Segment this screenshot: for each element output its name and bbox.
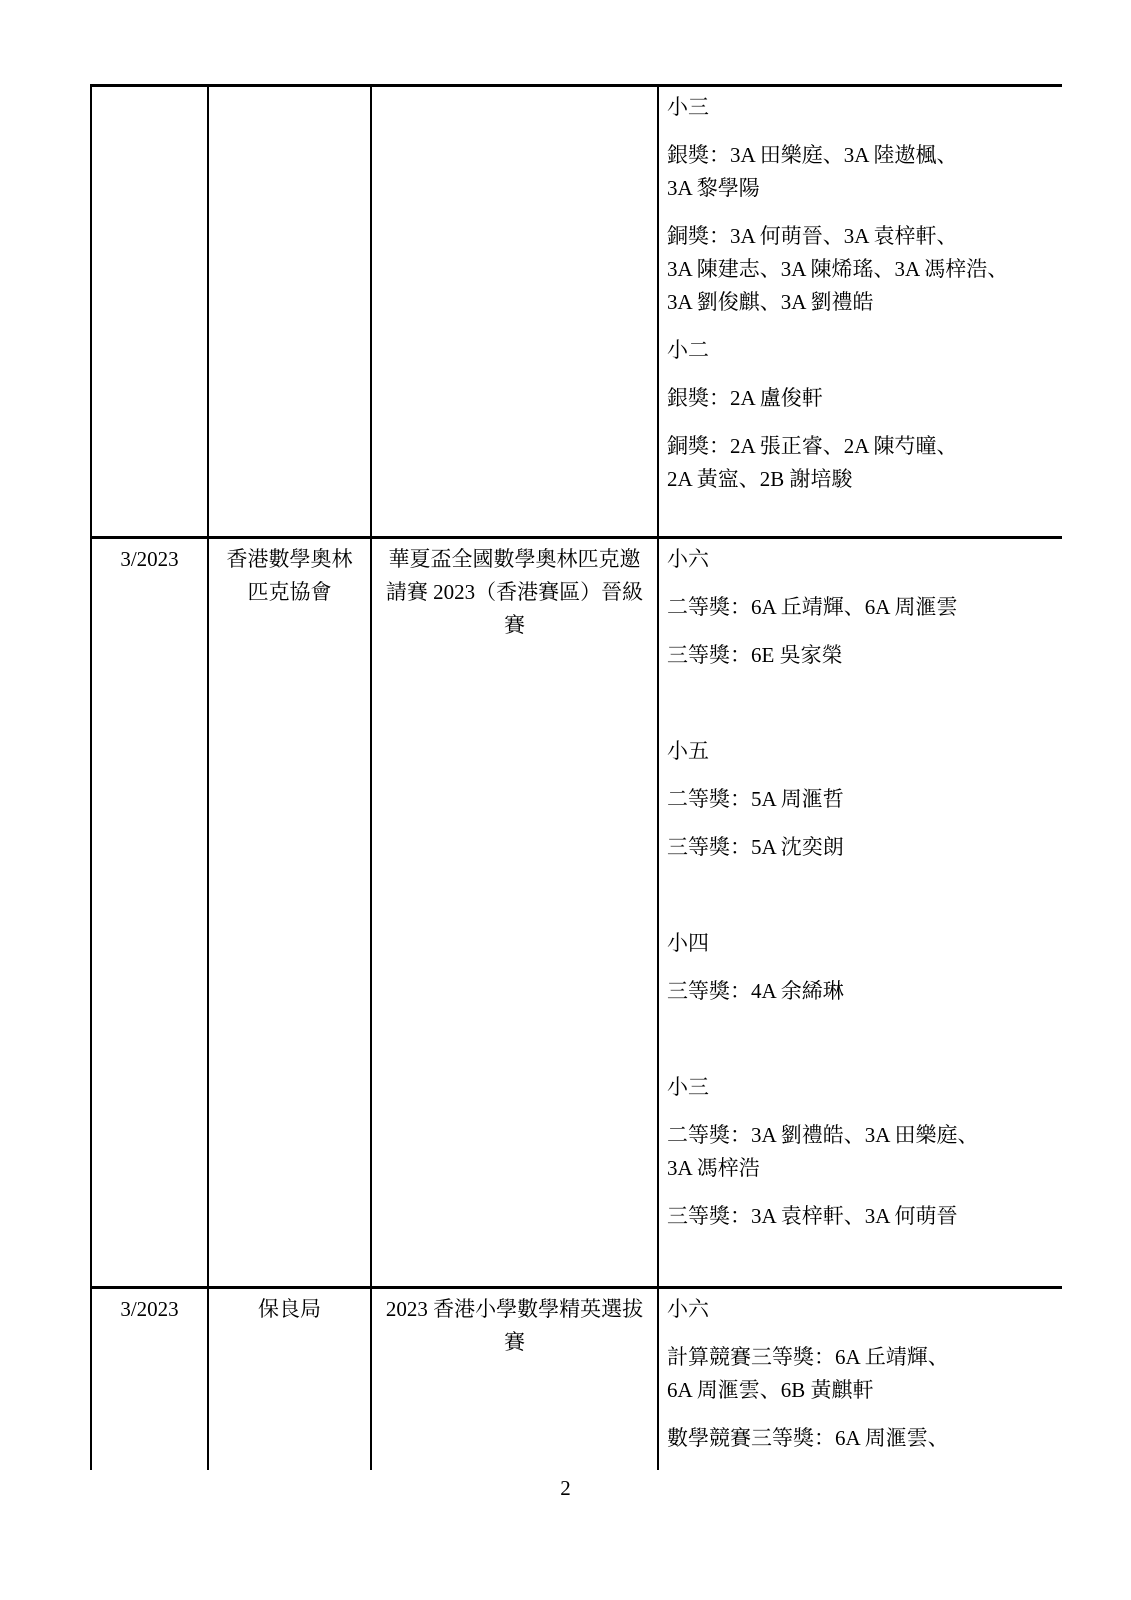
awards-paragraph: 小二 <box>667 334 1054 367</box>
awards-spacer <box>667 1023 1054 1056</box>
cell-date: 3/2023 <box>91 1288 208 1471</box>
awards-paragraph: 銀獎：2A 盧俊軒 <box>667 382 1054 415</box>
cell-competition: 2023 香港小學數學精英選拔 賽 <box>371 1288 658 1471</box>
cell-awards: 小三銀獎：3A 田樂庭、3A 陸遨楓、 3A 黎學陽銅獎：3A 何萌晉、3A 袁… <box>658 86 1062 538</box>
document-page: 小三銀獎：3A 田樂庭、3A 陸遨楓、 3A 黎學陽銅獎：3A 何萌晉、3A 袁… <box>0 0 1131 1600</box>
awards-paragraph: 小六 <box>667 1293 1054 1326</box>
awards-paragraph: 銅獎：2A 張正睿、2A 陳芍曈、 2A 黃寍、2B 謝培駿 <box>667 430 1054 496</box>
cell-organizer <box>208 86 371 538</box>
awards-paragraph: 三等獎：5A 沈奕朗 <box>667 831 1054 864</box>
awards-paragraph: 三等獎：4A 余絺琳 <box>667 975 1054 1008</box>
awards-spacer <box>667 687 1054 720</box>
cell-organizer: 保良局 <box>208 1288 371 1471</box>
cell-competition <box>371 86 658 538</box>
awards-paragraph: 小三 <box>667 91 1054 124</box>
awards-table-wrapper: 小三銀獎：3A 田樂庭、3A 陸遨楓、 3A 黎學陽銅獎：3A 何萌晉、3A 袁… <box>90 84 1062 1470</box>
awards-paragraph: 計算競賽三等獎：6A 丘靖輝、 6A 周滙雲、6B 黃麒軒 <box>667 1341 1054 1407</box>
awards-paragraph: 三等獎：6E 吳家榮 <box>667 639 1054 672</box>
awards-table-body: 小三銀獎：3A 田樂庭、3A 陸遨楓、 3A 黎學陽銅獎：3A 何萌晉、3A 袁… <box>91 86 1062 1471</box>
awards-paragraph: 銀獎：3A 田樂庭、3A 陸遨楓、 3A 黎學陽 <box>667 139 1054 205</box>
awards-paragraph: 二等獎：3A 劉禮皓、3A 田樂庭、 3A 馮梓浩 <box>667 1119 1054 1185</box>
cell-awards: 小六二等獎：6A 丘靖輝、6A 周滙雲三等獎：6E 吳家榮小五二等獎：5A 周滙… <box>658 538 1062 1288</box>
cell-competition: 華夏盃全國數學奧林匹克邀 請賽 2023（香港賽區）晉級賽 <box>371 538 658 1288</box>
awards-paragraph: 數學競賽三等獎：6A 周滙雲、 <box>667 1422 1054 1455</box>
cell-date <box>91 86 208 538</box>
awards-table: 小三銀獎：3A 田樂庭、3A 陸遨楓、 3A 黎學陽銅獎：3A 何萌晉、3A 袁… <box>90 84 1062 1470</box>
page-number: 2 <box>0 1476 1131 1500</box>
table-row: 小三銀獎：3A 田樂庭、3A 陸遨楓、 3A 黎學陽銅獎：3A 何萌晉、3A 袁… <box>91 86 1062 538</box>
cell-awards: 小六計算競賽三等獎：6A 丘靖輝、 6A 周滙雲、6B 黃麒軒數學競賽三等獎：6… <box>658 1288 1062 1471</box>
awards-paragraph: 小四 <box>667 927 1054 960</box>
awards-paragraph: 銅獎：3A 何萌晉、3A 袁梓軒、 3A 陳建志、3A 陳烯瑤、3A 馮梓浩、 … <box>667 220 1054 319</box>
awards-paragraph: 小五 <box>667 735 1054 768</box>
awards-paragraph: 小三 <box>667 1071 1054 1104</box>
awards-paragraph: 三等獎：3A 袁梓軒、3A 何萌晉 <box>667 1200 1054 1233</box>
awards-paragraph: 二等獎：6A 丘靖輝、6A 周滙雲 <box>667 591 1054 624</box>
table-row: 3/2023 香港數學奧林 匹克協會 華夏盃全國數學奧林匹克邀 請賽 2023（… <box>91 538 1062 1288</box>
awards-paragraph: 小六 <box>667 543 1054 576</box>
cell-organizer: 香港數學奧林 匹克協會 <box>208 538 371 1288</box>
cell-date: 3/2023 <box>91 538 208 1288</box>
table-row: 3/2023 保良局 2023 香港小學數學精英選拔 賽 小六計算競賽三等獎：6… <box>91 1288 1062 1471</box>
awards-paragraph: 二等獎：5A 周滙哲 <box>667 783 1054 816</box>
awards-spacer <box>667 879 1054 912</box>
